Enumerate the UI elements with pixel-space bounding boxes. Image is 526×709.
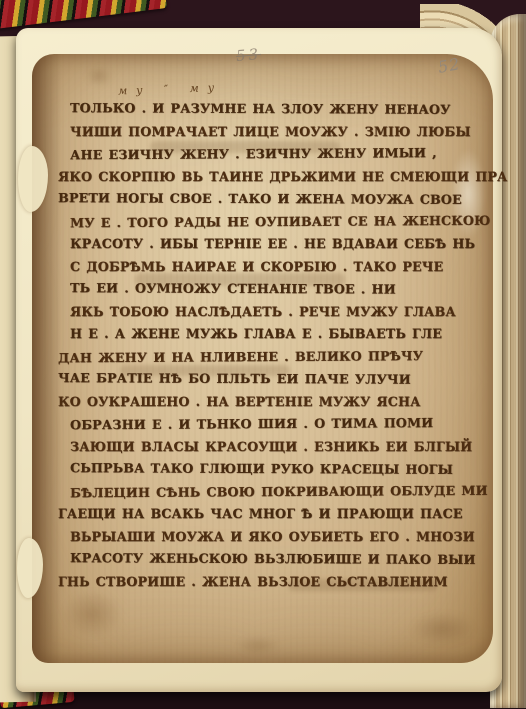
manuscript-line: ЗАЮЩИ ВЛАСЫ КРАСОУЩИ . ЕЗНИКЬ ЕИ БЛГЫЙ bbox=[70, 436, 478, 459]
manuscript-line: МУ Е . ТОГО РАДЫ НЕ ОУПИВАЕТ СЕ НА ЖЕНСК… bbox=[70, 209, 478, 234]
manuscript-line: Н Е . А ЖЕНЕ МУЖЬ ГЛАВА Е . БЫВАЕТЬ ГЛЕ bbox=[70, 323, 478, 346]
manuscript-line: КО ОУКРАШЕНО . НА ВЕРТЕНІЕ МУЖУ ЯСНА bbox=[58, 391, 478, 414]
manuscript-line: ЯКЬ ТОБОЮ НАСЛѢДАЕТЬ . РЕЧЕ МУЖУ ГЛАВА bbox=[70, 301, 478, 324]
manuscript-line: ТЬ ЕИ . ОУМНОЖУ СТЕНАНІЕ ТВОЕ . НИ bbox=[70, 277, 478, 301]
stain bbox=[62, 590, 122, 638]
manuscript-line: ЯКО СКОРПІЮ ВЬ ТАИНЕ ДРЬЖИМИ НЕ СМЕЮЩИ П… bbox=[58, 166, 478, 189]
manuscript-line: ДАН ЖЕНУ И НА НЛИВЕНЕ . ВЕЛИКО ПРѢЧУ bbox=[58, 344, 478, 369]
manuscript-line: КРАСОТУ . ИБЫ ТЕРНІЕ ЕЕ . НЕ ВДАВАИ СЕБѢ… bbox=[70, 233, 478, 256]
endband-braid-top bbox=[0, 0, 167, 30]
manuscript-photo: { "page": { "pencil_folio_number": "52",… bbox=[0, 0, 526, 709]
manuscript-line: ЧАЕ БРАТІЕ НѢ БО ПЛЬТЬ ЕИ ПАЧЕ УЛУЧИ bbox=[58, 367, 478, 391]
manuscript-line: СЬПРЬВА ТАКО ГЛЮЩИ РУКО КРАСЕЦЫ НОГЫ bbox=[70, 457, 478, 481]
pencil-folio-number: 52 bbox=[437, 54, 462, 77]
stain bbox=[86, 66, 112, 86]
manuscript-line: ЧИШИ ПОМРАЧАЕТ ЛИЦЕ МОУЖУ . ЗМІЮ ЛЮБЫ bbox=[70, 121, 478, 144]
manuscript-line: КРАСОТУ ЖЕНЬСКОЮ ВЬЗЛЮБИШЕ И ПАКО ВЫИ bbox=[70, 547, 478, 571]
stain bbox=[236, 636, 280, 656]
manuscript-line: ТОЛЬКО . И РАЗУМНЕ НА ЗЛОУ ЖЕНУ НЕНАОУ bbox=[70, 97, 478, 121]
stain bbox=[410, 612, 476, 646]
manuscript-line: ВЬРЫАШИ МОУЖА И ЯКО ОУБИЕТЬ ЕГО . МНОЗИ bbox=[70, 526, 478, 549]
manuscript-line: ГАЕЩИ НА ВСАКЬ ЧАС МНОГ Ѣ И ПРАЮЩИ ПАСЕ bbox=[58, 503, 478, 526]
manuscript-line: АНЕ ЕЗИЧНУ ЖЕНУ . ЕЗИЧНУ ЖЕНУ ИМЫИ , bbox=[70, 142, 478, 167]
manuscript-line: ОБРАЗНИ Е . И ТЬНКО ШИЯ . О ТИМА ПОМИ bbox=[70, 412, 478, 437]
manuscript-line: ВРЕТИ НОГЫ СВОЕ . ТАКО И ЖЕНА МОУЖА СВОЕ bbox=[58, 187, 478, 211]
manuscript-line: С ДОБРѢМЬ НАИРАЕ И СКОРБІЮ . ТАКО РЕЧЕ bbox=[70, 256, 478, 279]
text-block: ТОЛЬКО . И РАЗУМНЕ НА ЗЛОУ ЖЕНУ НЕНАОУЧИ… bbox=[70, 98, 478, 593]
manuscript-line: БѢЛЕЦИН СѢНЬ СВОЮ ПОКРИВАЮЩИ ОБЛУДЕ МИ bbox=[70, 479, 478, 504]
manuscript-line: ГНЬ СТВОРИШЕ . ЖЕНА ВЬЗЛОЕ СЬСТАВЛЕНИМ bbox=[58, 571, 478, 594]
struck-out-folio-number: 53 bbox=[235, 45, 262, 65]
